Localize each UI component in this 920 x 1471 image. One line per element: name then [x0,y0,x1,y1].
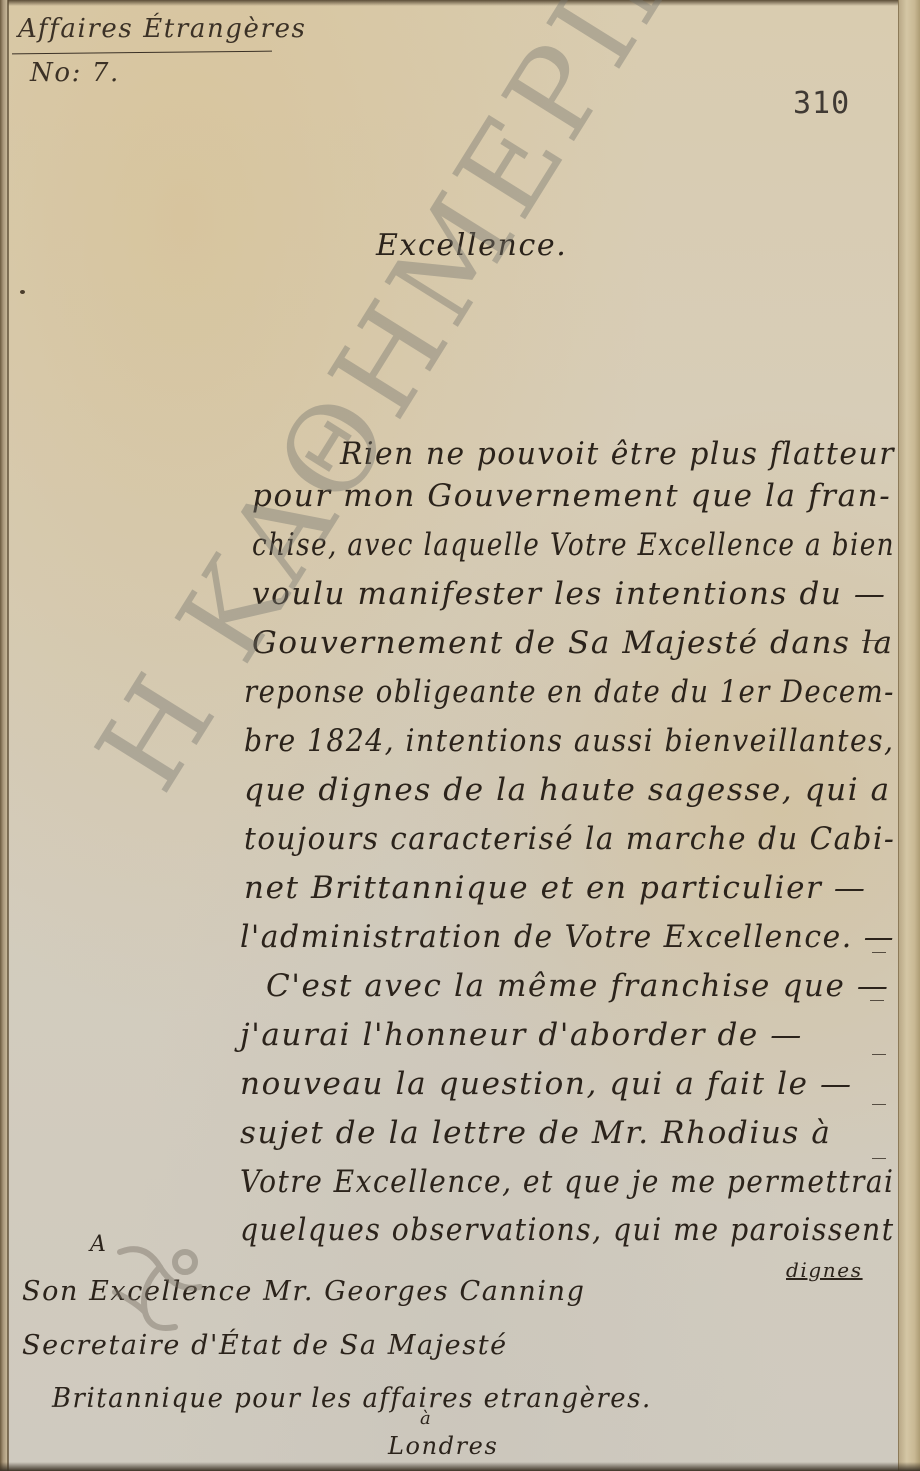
line-end-dash [870,1000,884,1001]
body-line: que dignes de la haute sagesse, qui a [244,772,891,808]
letter-salutation: Excellence. [376,228,567,263]
body-line: Gouvernement de Sa Majesté dans la [252,625,894,661]
body-line: toujours caracterisé la marche du Cabi- [244,821,895,857]
body-line: reponse obligeante en date du 1er Decem- [244,674,895,710]
corner-note-department: Affaires Étrangères [18,14,307,44]
body-line: bre 1824, intentions aussi bienveillante… [244,723,894,759]
address-recipient: Son Excellence Mr. Georges Canning [22,1276,585,1307]
page-bottom-edge [0,1462,920,1471]
address-city: Londres [388,1432,498,1460]
body-line: l'administration de Votre Excellence. — [240,919,895,955]
body-line: C'est avec la même franchise que — [266,968,889,1004]
line-end-dash [862,640,886,641]
body-line: net Brittannique et en particulier — [244,870,867,906]
body-line: quelques observations, qui me paroissent [240,1212,895,1248]
body-line: chise, avec laquelle Votre Excellence a … [252,527,895,563]
page-left-fold-line [7,0,9,1471]
ink-spot [20,290,25,294]
page-top-edge [0,0,920,6]
corner-note-underline [12,51,272,55]
book-binding-edge [898,0,920,1471]
corner-note-number: No: 7. [30,58,120,88]
body-line: sujet de la lettre de Mr. Rhodius à [240,1115,831,1151]
body-line: pour mon Gouvernement que la fran- [252,478,891,514]
line-end-dash [872,1158,886,1159]
body-line: voulu manifester les intentions du — [252,576,887,612]
body-line: j'aurai l'honneur d'aborder de — [240,1017,803,1053]
body-line: Rien ne pouvoit être plus flatteur [340,436,895,472]
body-line: nouveau la question, qui a fait le — [240,1066,853,1102]
address-office: Britannique pour les affaires etrangères… [52,1383,652,1414]
address-prefix: A [90,1232,108,1257]
address-title: Secretaire d'État de Sa Majesté [22,1330,508,1361]
folio-number-stamp: 310 [793,86,850,121]
body-line: Votre Excellence, et que je me permettra… [240,1164,895,1200]
address-preposition: à [420,1408,432,1429]
line-end-dash [872,1054,886,1055]
line-end-dash [872,1104,886,1105]
document-page: Affaires Étrangères No: 7. 310 Excellenc… [0,0,920,1471]
catchword: dignes [786,1258,863,1282]
line-end-dash [872,952,886,953]
